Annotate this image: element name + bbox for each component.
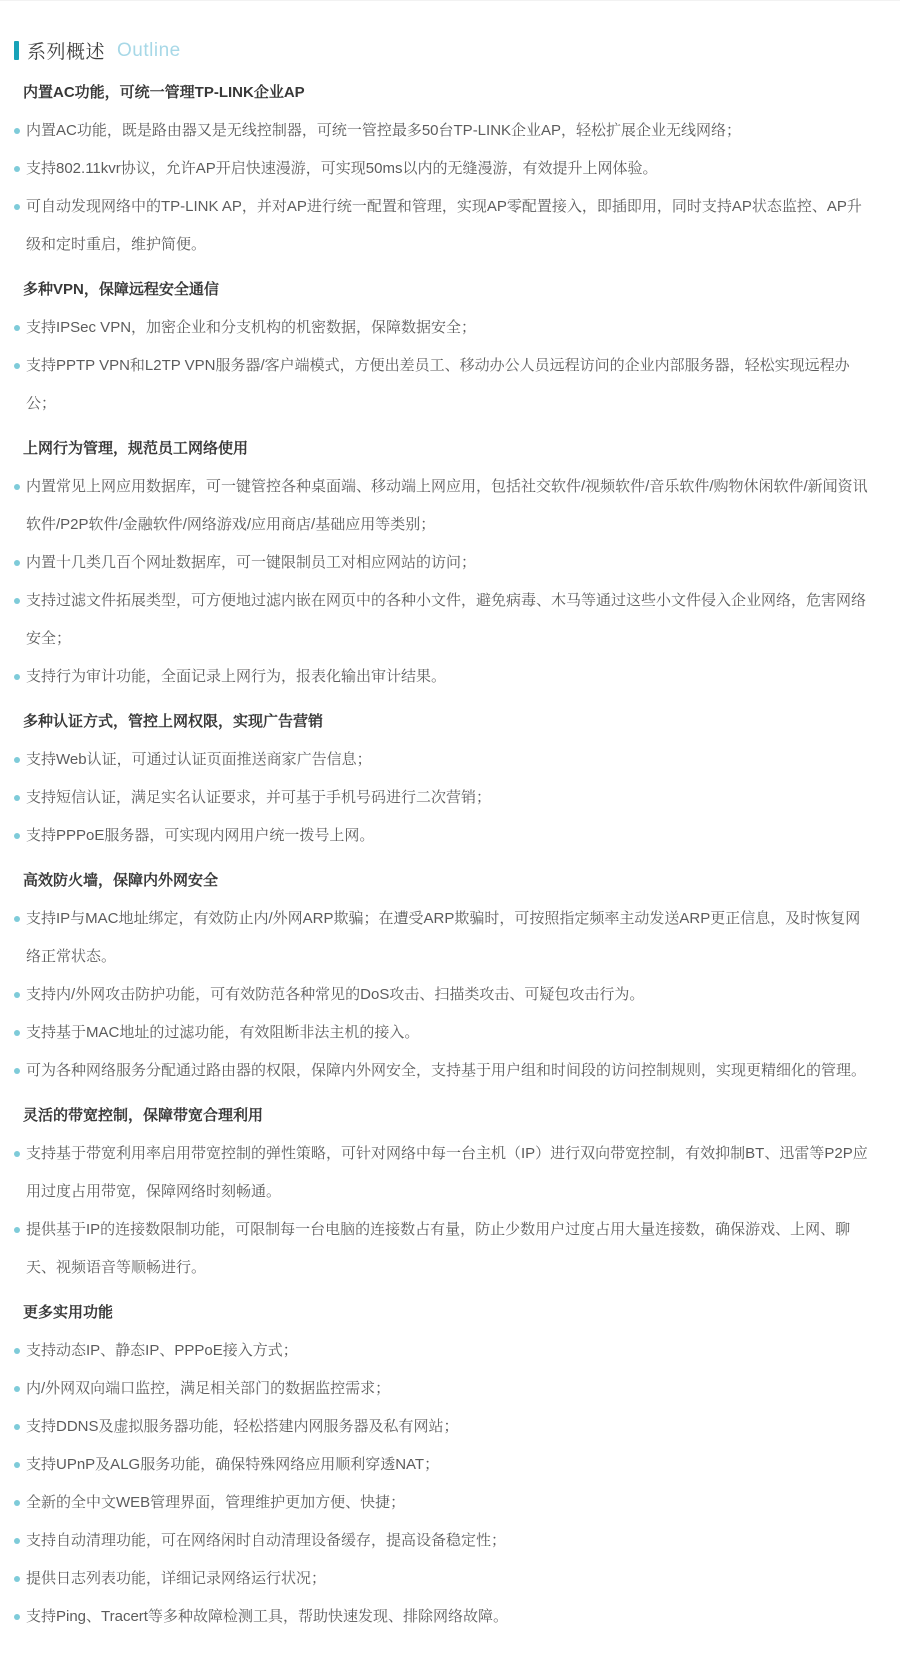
feature-section: 灵活的带宽控制，保障带宽合理利用支持基于带宽利用率启用带宽控制的弹性策略，可针对… — [14, 1097, 870, 1287]
bullet-icon — [14, 325, 20, 331]
feature-sections-container: 内置AC功能，可统一管理TP-LINK企业AP内置AC功能，既是路由器又是无线控… — [0, 74, 900, 1636]
feature-list-item: 可自动发现网络中的TP-LINK AP，并对AP进行统一配置和管理，实现AP零配… — [14, 188, 870, 264]
bullet-icon — [14, 484, 20, 490]
feature-list-item: 内/外网双向端口监控，满足相关部门的数据监控需求； — [14, 1370, 870, 1408]
bullet-icon — [14, 1576, 20, 1582]
bullet-icon — [14, 1227, 20, 1233]
feature-section-heading: 更多实用功能 — [14, 1294, 870, 1332]
feature-list: 支持IP与MAC地址绑定，有效防止内/外网ARP欺骗；在遭受ARP欺骗时，可按照… — [14, 900, 870, 1090]
feature-list-item: 支持基于带宽利用率启用带宽控制的弹性策略，可针对网络中每一台主机（IP）进行双向… — [14, 1135, 870, 1211]
feature-list-item: 支持IPSec VPN，加密企业和分支机构的机密数据，保障数据安全； — [14, 309, 870, 347]
feature-list: 内置AC功能，既是路由器又是无线控制器，可统一管控最多50台TP-LINK企业A… — [14, 112, 870, 264]
feature-section: 高效防火墙，保障内外网安全支持IP与MAC地址绑定，有效防止内/外网ARP欺骗；… — [14, 862, 870, 1090]
feature-text: 可为各种网络服务分配通过路由器的权限，保障内外网安全，支持基于用户组和时间段的访… — [26, 1062, 866, 1079]
feature-list-item: 支持UPnP及ALG服务功能，确保特殊网络应用顺利穿透NAT； — [14, 1446, 870, 1484]
feature-list-item: 内置AC功能，既是路由器又是无线控制器，可统一管控最多50台TP-LINK企业A… — [14, 112, 870, 150]
feature-section-heading: 内置AC功能，可统一管理TP-LINK企业AP — [14, 74, 870, 112]
feature-text: 支持基于带宽利用率启用带宽控制的弹性策略，可针对网络中每一台主机（IP）进行双向… — [26, 1145, 868, 1200]
feature-section-heading: 多种VPN，保障远程安全通信 — [14, 271, 870, 309]
bullet-icon — [14, 598, 20, 604]
feature-text: 支持Web认证，可通过认证页面推送商家广告信息； — [26, 751, 372, 768]
bullet-icon — [14, 1500, 20, 1506]
feature-text: 内置常见上网应用数据库，可一键管控各种桌面端、移动端上网应用，包括社交软件/视频… — [26, 478, 868, 533]
bullet-icon — [14, 204, 20, 210]
bullet-icon — [14, 1068, 20, 1074]
feature-text: 支持行为审计功能，全面记录上网行为，报表化输出审计结果。 — [26, 668, 446, 685]
feature-list-item: 支持IP与MAC地址绑定，有效防止内/外网ARP欺骗；在遭受ARP欺骗时，可按照… — [14, 900, 870, 976]
feature-text: 提供基于IP的连接数限制功能，可限制每一台电脑的连接数占有量，防止少数用户过度占… — [26, 1221, 850, 1276]
bullet-icon — [14, 916, 20, 922]
feature-list-item: 支持动态IP、静态IP、PPPoE接入方式； — [14, 1332, 870, 1370]
feature-list-item: 支持短信认证，满足实名认证要求，并可基于手机号码进行二次营销； — [14, 779, 870, 817]
page-header: 系列概述 Outline — [0, 1, 900, 64]
bullet-icon — [14, 992, 20, 998]
feature-list: 内置常见上网应用数据库，可一键管控各种桌面端、移动端上网应用，包括社交软件/视频… — [14, 468, 870, 696]
feature-list-item: 支持自动清理功能，可在网络闲时自动清理设备缓存，提高设备稳定性； — [14, 1522, 870, 1560]
feature-list-item: 内置十几类几百个网址数据库，可一键限制员工对相应网站的访问； — [14, 544, 870, 582]
feature-text: 支持过滤文件拓展类型，可方便地过滤内嵌在网页中的各种小文件，避免病毒、木马等通过… — [26, 592, 866, 647]
feature-text: 支持自动清理功能，可在网络闲时自动清理设备缓存，提高设备稳定性； — [26, 1532, 506, 1549]
feature-list: 支持动态IP、静态IP、PPPoE接入方式；内/外网双向端口监控，满足相关部门的… — [14, 1332, 870, 1636]
feature-section-heading: 上网行为管理，规范员工网络使用 — [14, 430, 870, 468]
feature-text: 支持基于MAC地址的过滤功能，有效阻断非法主机的接入。 — [26, 1024, 419, 1041]
feature-list-item: 支持DDNS及虚拟服务器功能，轻松搭建内网服务器及私有网站； — [14, 1408, 870, 1446]
feature-section: 更多实用功能支持动态IP、静态IP、PPPoE接入方式；内/外网双向端口监控，满… — [14, 1294, 870, 1636]
feature-text: 支持内/外网攻击防护功能，可有效防范各种常见的DoS攻击、扫描类攻击、可疑包攻击… — [26, 986, 644, 1003]
feature-text: 支持DDNS及虚拟服务器功能，轻松搭建内网服务器及私有网站； — [26, 1418, 459, 1435]
feature-text: 支持动态IP、静态IP、PPPoE接入方式； — [26, 1342, 298, 1359]
feature-section-heading: 高效防火墙，保障内外网安全 — [14, 862, 870, 900]
feature-list-item: 提供基于IP的连接数限制功能，可限制每一台电脑的连接数占有量，防止少数用户过度占… — [14, 1211, 870, 1287]
bullet-icon — [14, 166, 20, 172]
accent-bar-icon — [14, 41, 19, 60]
feature-section: 内置AC功能，可统一管理TP-LINK企业AP内置AC功能，既是路由器又是无线控… — [14, 74, 870, 264]
feature-list-item: 支持PPPoE服务器，可实现内网用户统一拨号上网。 — [14, 817, 870, 855]
feature-text: 内置AC功能，既是路由器又是无线控制器，可统一管控最多50台TP-LINK企业A… — [26, 122, 741, 139]
bullet-icon — [14, 674, 20, 680]
feature-text: 可自动发现网络中的TP-LINK AP，并对AP进行统一配置和管理，实现AP零配… — [26, 198, 862, 253]
feature-text: 支持UPnP及ALG服务功能，确保特殊网络应用顺利穿透NAT； — [26, 1456, 439, 1473]
page-subtitle: Outline — [117, 40, 181, 62]
feature-list-item: 全新的全中文WEB管理界面，管理维护更加方便、快捷； — [14, 1484, 870, 1522]
bullet-icon — [14, 1348, 20, 1354]
feature-list-item: 支持行为审计功能，全面记录上网行为，报表化输出审计结果。 — [14, 658, 870, 696]
feature-text: 支持PPTP VPN和L2TP VPN服务器/客户端模式，方便出差员工、移动办公… — [26, 357, 850, 412]
bullet-icon — [14, 1462, 20, 1468]
feature-text: 支持IPSec VPN，加密企业和分支机构的机密数据，保障数据安全； — [26, 319, 476, 336]
feature-list-item: 内置常见上网应用数据库，可一键管控各种桌面端、移动端上网应用，包括社交软件/视频… — [14, 468, 870, 544]
feature-text: 支持短信认证，满足实名认证要求，并可基于手机号码进行二次营销； — [26, 789, 491, 806]
feature-text: 支持802.11kvr协议，允许AP开启快速漫游，可实现50ms以内的无缝漫游，… — [26, 160, 657, 177]
feature-list-item: 支持内/外网攻击防护功能，可有效防范各种常见的DoS攻击、扫描类攻击、可疑包攻击… — [14, 976, 870, 1014]
feature-section-heading: 多种认证方式，管控上网权限，实现广告营销 — [14, 703, 870, 741]
bullet-icon — [14, 363, 20, 369]
feature-list-item: 支持过滤文件拓展类型，可方便地过滤内嵌在网页中的各种小文件，避免病毒、木马等通过… — [14, 582, 870, 658]
feature-text: 内置十几类几百个网址数据库，可一键限制员工对相应网站的访问； — [26, 554, 476, 571]
feature-list-item: 支持基于MAC地址的过滤功能，有效阻断非法主机的接入。 — [14, 1014, 870, 1052]
bullet-icon — [14, 1538, 20, 1544]
feature-text: 内/外网双向端口监控，满足相关部门的数据监控需求； — [26, 1380, 390, 1397]
feature-section: 上网行为管理，规范员工网络使用内置常见上网应用数据库，可一键管控各种桌面端、移动… — [14, 430, 870, 696]
feature-text: 支持PPPoE服务器，可实现内网用户统一拨号上网。 — [26, 827, 374, 844]
feature-list-item: 支持Web认证，可通过认证页面推送商家广告信息； — [14, 741, 870, 779]
feature-text: 支持IP与MAC地址绑定，有效防止内/外网ARP欺骗；在遭受ARP欺骗时，可按照… — [26, 910, 860, 965]
feature-section-heading: 灵活的带宽控制，保障带宽合理利用 — [14, 1097, 870, 1135]
feature-list-item: 可为各种网络服务分配通过路由器的权限，保障内外网安全，支持基于用户组和时间段的访… — [14, 1052, 870, 1090]
bullet-icon — [14, 795, 20, 801]
feature-section: 多种VPN，保障远程安全通信支持IPSec VPN，加密企业和分支机构的机密数据… — [14, 271, 870, 423]
feature-list: 支持基于带宽利用率启用带宽控制的弹性策略，可针对网络中每一台主机（IP）进行双向… — [14, 1135, 870, 1287]
bullet-icon — [14, 1151, 20, 1157]
bullet-icon — [14, 1614, 20, 1620]
feature-text: 提供日志列表功能，详细记录网络运行状况； — [26, 1570, 326, 1587]
bullet-icon — [14, 757, 20, 763]
feature-text: 全新的全中文WEB管理界面，管理维护更加方便、快捷； — [26, 1494, 405, 1511]
feature-list-item: 支持Ping、Tracert等多种故障检测工具，帮助快速发现、排除网络故障。 — [14, 1598, 870, 1636]
bullet-icon — [14, 1030, 20, 1036]
bullet-icon — [14, 128, 20, 134]
feature-list: 支持IPSec VPN，加密企业和分支机构的机密数据，保障数据安全；支持PPTP… — [14, 309, 870, 423]
feature-list-item: 支持802.11kvr协议，允许AP开启快速漫游，可实现50ms以内的无缝漫游，… — [14, 150, 870, 188]
feature-list: 支持Web认证，可通过认证页面推送商家广告信息；支持短信认证，满足实名认证要求，… — [14, 741, 870, 855]
bullet-icon — [14, 1386, 20, 1392]
bullet-icon — [14, 833, 20, 839]
feature-section: 多种认证方式，管控上网权限，实现广告营销支持Web认证，可通过认证页面推送商家广… — [14, 703, 870, 855]
feature-list-item: 提供日志列表功能，详细记录网络运行状况； — [14, 1560, 870, 1598]
page-title: 系列概述 — [27, 37, 105, 64]
feature-list-item: 支持PPTP VPN和L2TP VPN服务器/客户端模式，方便出差员工、移动办公… — [14, 347, 870, 423]
bullet-icon — [14, 560, 20, 566]
bullet-icon — [14, 1424, 20, 1430]
series-outline-page: 系列概述 Outline 内置AC功能，可统一管理TP-LINK企业AP内置AC… — [0, 0, 900, 1662]
feature-text: 支持Ping、Tracert等多种故障检测工具，帮助快速发现、排除网络故障。 — [26, 1608, 508, 1625]
